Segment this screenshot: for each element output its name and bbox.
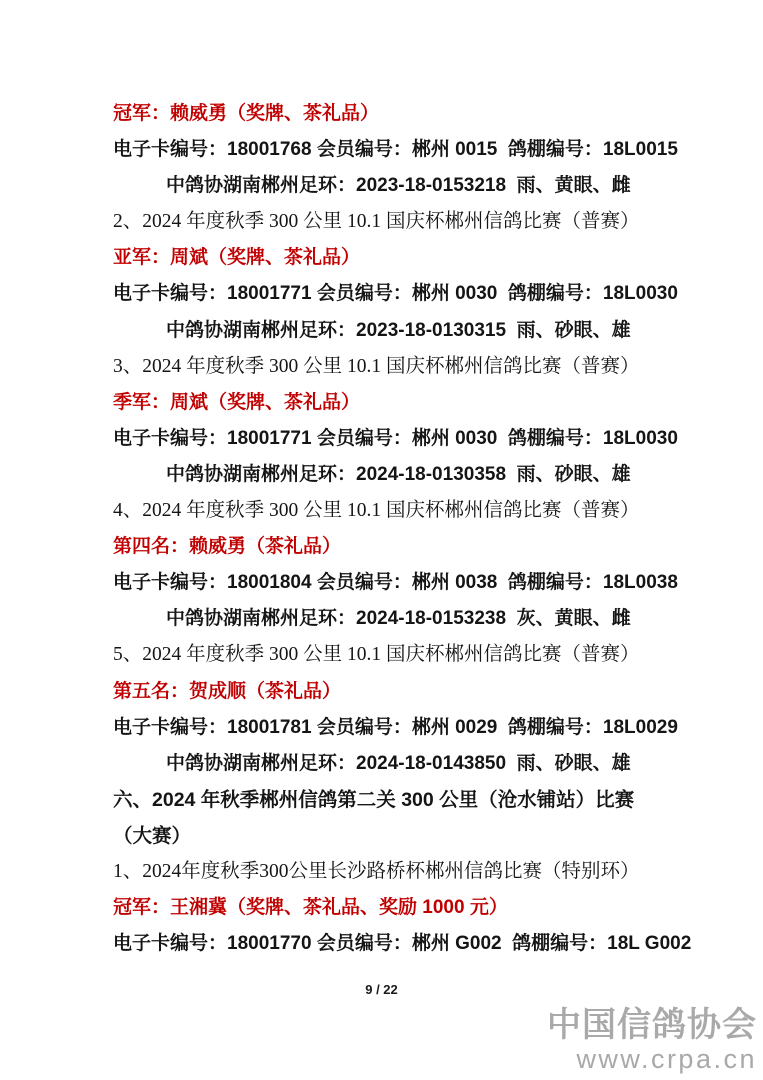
doc-line-24: 电子卡编号：18001770 会员编号：郴州 G002 鸽棚编号：18L G00…: [113, 926, 723, 962]
watermark: 中国信鸽协会 www.crpa.cn: [547, 1006, 757, 1074]
doc-line-18: 电子卡编号：18001781 会员编号：郴州 0029 鸽棚编号：18L0029: [113, 710, 723, 746]
doc-line-2: 电子卡编号：18001768 会员编号：郴州 0015 鸽棚编号：18L0015: [113, 132, 723, 168]
doc-line-16: 5、2024 年度秋季 300 公里 10.1 国庆杯郴州信鸽比赛（普赛）: [113, 637, 723, 673]
page-number-indicator: 9 / 22: [0, 982, 763, 997]
doc-line-12: 4、2024 年度秋季 300 公里 10.1 国庆杯郴州信鸽比赛（普赛）: [113, 493, 723, 529]
document-body: 冠军：赖威勇（奖牌、茶礼品）电子卡编号：18001768 会员编号：郴州 001…: [113, 96, 723, 962]
document-page: 冠军：赖威勇（奖牌、茶礼品）电子卡编号：18001768 会员编号：郴州 001…: [0, 0, 763, 1080]
watermark-org-name: 中国信鸽协会: [547, 1006, 757, 1044]
watermark-website: www.crpa.cn: [547, 1044, 757, 1074]
doc-line-19: 中鸽协湖南郴州足环：2024-18-0143850 雨、砂眼、雄: [113, 746, 723, 782]
doc-line-7: 中鸽协湖南郴州足环：2023-18-0130315 雨、砂眼、雄: [113, 313, 723, 349]
doc-line-3: 中鸽协湖南郴州足环：2023-18-0153218 雨、黄眼、雌: [113, 168, 723, 204]
doc-line-21: （大赛）: [113, 818, 723, 854]
doc-line-10: 电子卡编号：18001771 会员编号：郴州 0030 鸽棚编号：18L0030: [113, 421, 723, 457]
doc-line-22: 1、2024年度秋季300公里长沙路桥杯郴州信鸽比赛（特别环）: [113, 854, 723, 890]
doc-line-9: 季军：周斌（奖牌、茶礼品）: [113, 385, 723, 421]
doc-line-11: 中鸽协湖南郴州足环：2024-18-0130358 雨、砂眼、雄: [113, 457, 723, 493]
doc-line-17: 第五名：贺成顺（茶礼品）: [113, 674, 723, 710]
doc-line-13: 第四名：赖威勇（茶礼品）: [113, 529, 723, 565]
doc-line-5: 亚军：周斌（奖牌、茶礼品）: [113, 240, 723, 276]
doc-line-14: 电子卡编号：18001804 会员编号：郴州 0038 鸽棚编号：18L0038: [113, 565, 723, 601]
doc-line-6: 电子卡编号：18001771 会员编号：郴州 0030 鸽棚编号：18L0030: [113, 276, 723, 312]
doc-line-20: 六、2024 年秋季郴州信鸽第二关 300 公里（沧水铺站）比赛: [113, 782, 723, 818]
doc-line-1: 冠军：赖威勇（奖牌、茶礼品）: [113, 96, 723, 132]
doc-line-4: 2、2024 年度秋季 300 公里 10.1 国庆杯郴州信鸽比赛（普赛）: [113, 204, 723, 240]
doc-line-8: 3、2024 年度秋季 300 公里 10.1 国庆杯郴州信鸽比赛（普赛）: [113, 349, 723, 385]
doc-line-23: 冠军：王湘冀（奖牌、茶礼品、奖励 1000 元）: [113, 890, 723, 926]
doc-line-15: 中鸽协湖南郴州足环：2024-18-0153238 灰、黄眼、雌: [113, 601, 723, 637]
